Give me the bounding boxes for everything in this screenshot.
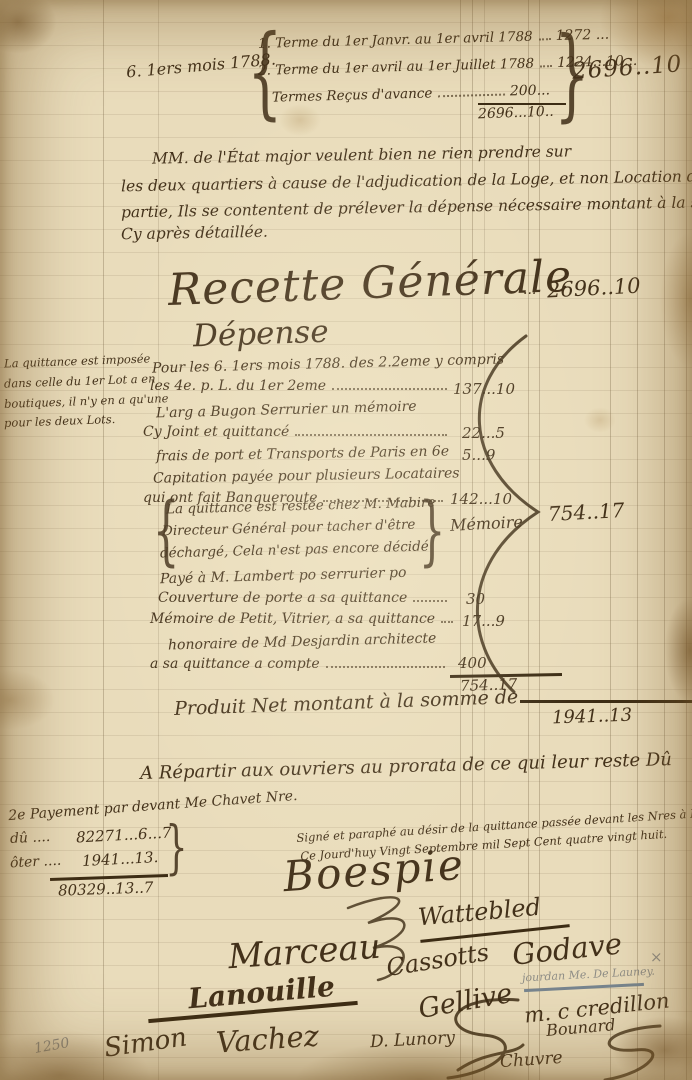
recette-dots: ...: [523, 282, 536, 298]
ruled-line: [610, 0, 611, 1080]
term-line: Termes Reçus d'avance: [272, 85, 433, 105]
produit-net-amount: 1941..13: [552, 705, 633, 729]
margin-note-line: pour les deux Lots.: [4, 412, 116, 430]
margin-note-line: boutiques, il n'y en a qu'une: [4, 391, 169, 411]
expense-line: Directeur Général pour tacher d'être: [162, 517, 416, 540]
dotted-leader: [332, 388, 447, 390]
produit-net-label: Produit Net montant à la somme de: [174, 686, 519, 720]
pencil-archive-number: 1250: [33, 1035, 71, 1057]
depense-title: Dépense: [192, 314, 329, 355]
term-amount: 200...: [510, 82, 550, 99]
payment-du-label: dû ....: [10, 829, 51, 847]
ruled-line: [103, 0, 104, 1080]
expense-line: les 4e. p. L. du 1er 2eme: [150, 378, 326, 394]
expense-line: Couverture de porte a sa quittance: [158, 590, 407, 606]
dotted-leader: [438, 94, 505, 98]
payment-oter-label: ôter ....: [10, 853, 62, 872]
expense-line: Mémoire de Petit, Vitrier, a sa quittanc…: [150, 611, 435, 627]
payment-heading: 2e Payement par devant Me Chavet Nre.: [8, 788, 298, 824]
expense-brace-total: 754..17: [547, 498, 624, 526]
payment-du-value: 82271...6...7: [76, 824, 172, 847]
expense-line: frais de port et Transports de Paris en …: [156, 443, 449, 464]
produit-net-rule: [520, 700, 692, 703]
term-line: 2. Terme du 1er avril au 1er Juillet 178…: [258, 56, 534, 79]
margin-note-line: La quittance est imposée: [4, 351, 151, 370]
expense-line: Capitation payée pour plusieurs Locatair…: [153, 465, 460, 486]
payment-total: 80329..13..7: [58, 878, 154, 899]
ruled-line: [686, 0, 687, 1080]
recette-amount: 2696..10: [546, 274, 641, 303]
expense-group-brace: [448, 332, 548, 697]
payment-brace: }: [165, 818, 187, 876]
expense-line: L'arg a Bugon Serrurier un mémoire: [156, 399, 417, 422]
signature-godave: Godave: [511, 926, 624, 971]
repartir-line: A Répartir aux ouvriers au prorata de ce…: [140, 749, 672, 784]
expense-line: honoraire de Md Desjardin architecte: [168, 630, 437, 653]
memo-line: partie, Ils se contentent de prélever la…: [121, 193, 692, 222]
dotted-leader: [540, 65, 552, 67]
summary-subtotal: 2696...10..: [478, 104, 554, 123]
memo-line: les deux quartiers à cause de l'adjudica…: [121, 167, 692, 196]
dotted-leader: [413, 600, 447, 602]
ruled-line: [664, 0, 665, 1080]
dotted-leader: [295, 434, 447, 436]
signature-wattebled: Wattebled: [417, 893, 542, 932]
signature-flourish: [428, 990, 528, 1080]
mabire-note-brace-close: }: [419, 492, 446, 568]
signature-flourish: [580, 1018, 665, 1080]
memo-line: MM. de l'État major veulent bien ne rien…: [152, 142, 571, 167]
term-line: 1. Terme du 1er Janvr. au 1er avril 1788: [258, 29, 533, 52]
expense-line: a sa quittance a compte: [150, 656, 320, 672]
expense-line: Payé à M. Lambert po serrurier po: [160, 565, 407, 587]
margin-note-line: dans celle du 1er Lot a en: [4, 371, 156, 390]
pencil-cross-mark: ×: [650, 948, 663, 966]
ruled-line: [637, 0, 638, 1080]
pencil-note-underline: [524, 983, 644, 992]
signature-vachez: Vachez: [215, 1018, 320, 1059]
dotted-leader: [326, 666, 445, 668]
memo-line: Cy après détaillée.: [121, 223, 268, 244]
recette-title: Recette Générale: [167, 251, 573, 316]
manuscript-page: 6. 1ers mois 1788. { 1. Terme du 1er Jan…: [0, 0, 692, 1080]
expense-line: déchargé, Cela n'est pas encore décidé: [160, 538, 429, 561]
dotted-leader: [539, 38, 551, 40]
payment-oter-value: 1941...13.: [82, 848, 159, 870]
expense-line: Cy Joint et quittancé: [143, 424, 289, 440]
signature-simon: Simon: [102, 1022, 189, 1063]
